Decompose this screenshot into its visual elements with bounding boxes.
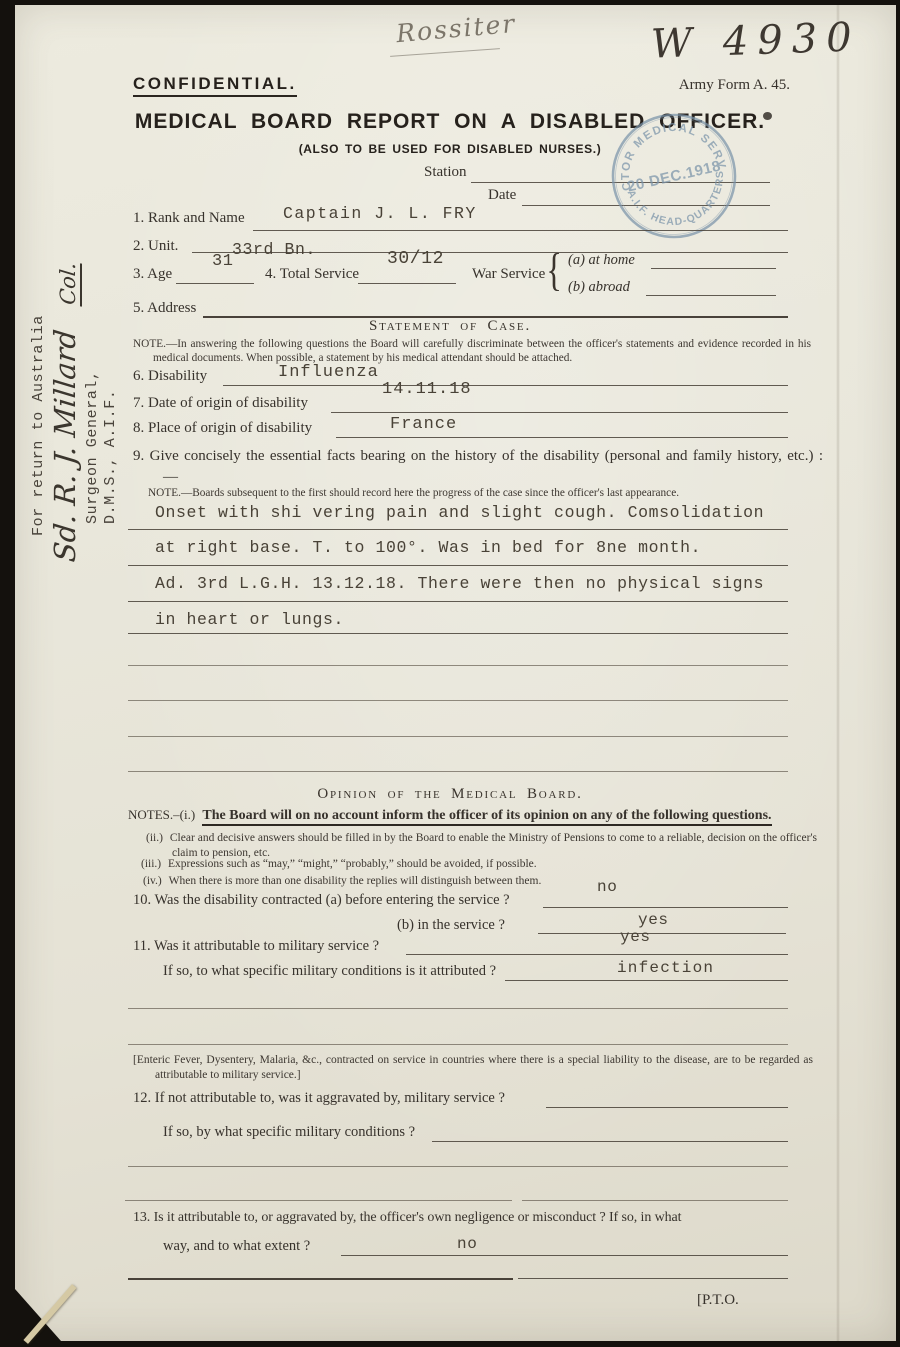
margin-purpose-note: For return to Australia <box>30 315 47 536</box>
q11-label: 11. Was it attributable to military serv… <box>133 938 379 955</box>
q11-line <box>406 954 788 955</box>
history-question-label: 9. Give concisely the essential facts be… <box>133 446 823 488</box>
unit-label: 2. Unit. <box>133 238 178 255</box>
opinion-notes-prefix: NOTES.–(i.) <box>128 807 195 822</box>
disability-value: Influenza <box>278 363 379 382</box>
history-line-4: in heart or lungs. <box>155 610 344 629</box>
unit-line <box>192 252 788 253</box>
q11-answer: yes <box>620 928 651 946</box>
blank-line <box>125 1200 512 1201</box>
q10-label: 10. Was the disability contracted (a) be… <box>133 892 510 909</box>
history-rule-1 <box>128 529 788 530</box>
war-service-a-label: (a) at home <box>568 252 635 269</box>
age-value: 31 <box>212 252 234 271</box>
q13-answer: no <box>457 1235 477 1253</box>
total-service-label: 4. Total Service <box>265 266 359 283</box>
blank-line <box>128 700 788 701</box>
disability-label: 6. Disability <box>133 368 207 385</box>
bracket-note: [Enteric Fever, Dysentery, Malaria, &c.,… <box>133 1053 813 1083</box>
unit-value: 33rd Bn. <box>232 240 316 259</box>
history-line-3: Ad. 3rd L.G.H. 13.12.18. There were then… <box>155 574 764 593</box>
age-label: 3. Age <box>133 266 172 283</box>
history-rule-3 <box>128 601 788 602</box>
place-of-origin-value: France <box>390 415 457 434</box>
opinion-note-ii-text: Clear and decisive answers should be fil… <box>170 832 817 859</box>
q12b-line <box>432 1141 788 1142</box>
ink-blot <box>763 112 772 120</box>
opinion-note-i: NOTES.–(i.) The Board will on no account… <box>128 807 772 824</box>
total-service-line <box>358 283 456 284</box>
history-rule-4 <box>128 633 788 634</box>
q11b-answer: infection <box>617 959 714 977</box>
q12-line <box>546 1107 788 1108</box>
age-line <box>176 283 254 284</box>
war-service-b-line <box>646 295 776 296</box>
q10b-label: (b) in the service ? <box>397 917 505 934</box>
statement-of-case-heading: Statement of Case. <box>120 318 780 335</box>
blank-line <box>128 1044 788 1045</box>
q10b-answer: yes <box>638 911 669 929</box>
opinion-note-iv-text: When there is more than one disability t… <box>169 875 542 887</box>
q12-label: 12. If not attributable to, was it aggra… <box>133 1090 505 1107</box>
q10a-answer: no <box>597 878 617 896</box>
disability-line <box>223 385 788 386</box>
paper-crease <box>836 5 840 1341</box>
margin-title-line1: Surgeon General, <box>84 370 101 524</box>
blank-line <box>128 771 788 772</box>
history-line-1: Onset with shi vering pain and slight co… <box>155 503 764 522</box>
opinion-note-ii-prefix: (ii.) <box>146 832 163 844</box>
opinion-note-ii: (ii.) Clear and decisive answers should … <box>146 831 817 861</box>
q12b-label: If so, by what specific military conditi… <box>163 1124 415 1141</box>
q13-line <box>341 1255 788 1256</box>
q13b-label: way, and to what extent ? <box>163 1238 310 1255</box>
opinion-note-iv: (iv.) When there is more than one disabi… <box>143 875 541 887</box>
signature-rank: Col. <box>56 261 82 306</box>
opinion-note-i-text: The Board will on no account inform the … <box>202 808 771 826</box>
q10a-line <box>543 907 788 908</box>
form-number: Army Form A. 45. <box>640 77 790 94</box>
margin-signature: Sd. R. J. Millard Col. <box>48 260 82 563</box>
opinion-note-iv-prefix: (iv.) <box>143 875 162 887</box>
bottom-separator-left <box>128 1278 513 1280</box>
scanned-form-page: Rossiter W 4930 CONFIDENTIAL. Army Form … <box>0 0 900 1347</box>
place-of-origin-label: 8. Place of origin of disability <box>133 420 312 437</box>
opinion-note-iii-text: Expressions such as “may,” “might,” “pro… <box>168 858 537 870</box>
history-line-2: at right base. T. to 100°. Was in bed fo… <box>155 538 701 557</box>
opinion-note-iii-prefix: (iii.) <box>141 858 161 870</box>
history-rule-2 <box>128 565 788 566</box>
bottom-separator-right <box>518 1278 788 1279</box>
q11b-label: If so, to what specific military conditi… <box>163 963 496 980</box>
total-service-value: 30/12 <box>387 249 444 269</box>
date-of-origin-value: 14.11.18 <box>382 380 472 399</box>
confidential-heading: CONFIDENTIAL. <box>133 74 297 97</box>
address-label: 5. Address <box>133 300 196 317</box>
place-of-origin-line <box>336 437 788 438</box>
war-service-brace: { <box>546 243 561 296</box>
rank-name-line <box>253 230 788 231</box>
margin-title-line2: D.M.S., A.I.F. <box>102 390 119 524</box>
blank-line <box>128 665 788 666</box>
opinion-heading: Opinion of the Medical Board. <box>120 786 780 803</box>
q13-label: 13. Is it attributable to, or aggravated… <box>133 1210 681 1226</box>
pto-label: [P.T.O. <box>697 1292 739 1309</box>
station-label: Station <box>424 164 467 181</box>
rank-name-value: Captain J. L. FRY <box>283 204 477 223</box>
war-service-a-line <box>651 268 776 269</box>
date-of-origin-line <box>331 412 788 413</box>
q10b-line <box>538 933 786 934</box>
file-number-handwritten: W 4930 <box>650 14 861 67</box>
war-service-b-label: (b) abroad <box>568 279 630 296</box>
date-of-origin-label: 7. Date of origin of disability <box>133 395 308 412</box>
war-service-label: War Service <box>472 266 545 283</box>
blank-line <box>128 1166 788 1167</box>
blank-line <box>522 1200 788 1201</box>
history-question-note: NOTE.—Boards subsequent to the first sho… <box>148 487 793 499</box>
date-label: Date <box>488 187 516 204</box>
signature-text: Sd. R. J. Millard <box>48 328 82 564</box>
statement-note: NOTE.—In answering the following questio… <box>133 337 811 366</box>
blank-line <box>128 736 788 737</box>
rank-name-label: 1. Rank and Name <box>133 210 245 227</box>
blank-line <box>128 1008 788 1009</box>
opinion-note-iii: (iii.) Expressions such as “may,” “might… <box>141 858 537 870</box>
q11b-line <box>505 980 788 981</box>
stamp-date-text: 20 DEC.1918 <box>626 157 723 195</box>
